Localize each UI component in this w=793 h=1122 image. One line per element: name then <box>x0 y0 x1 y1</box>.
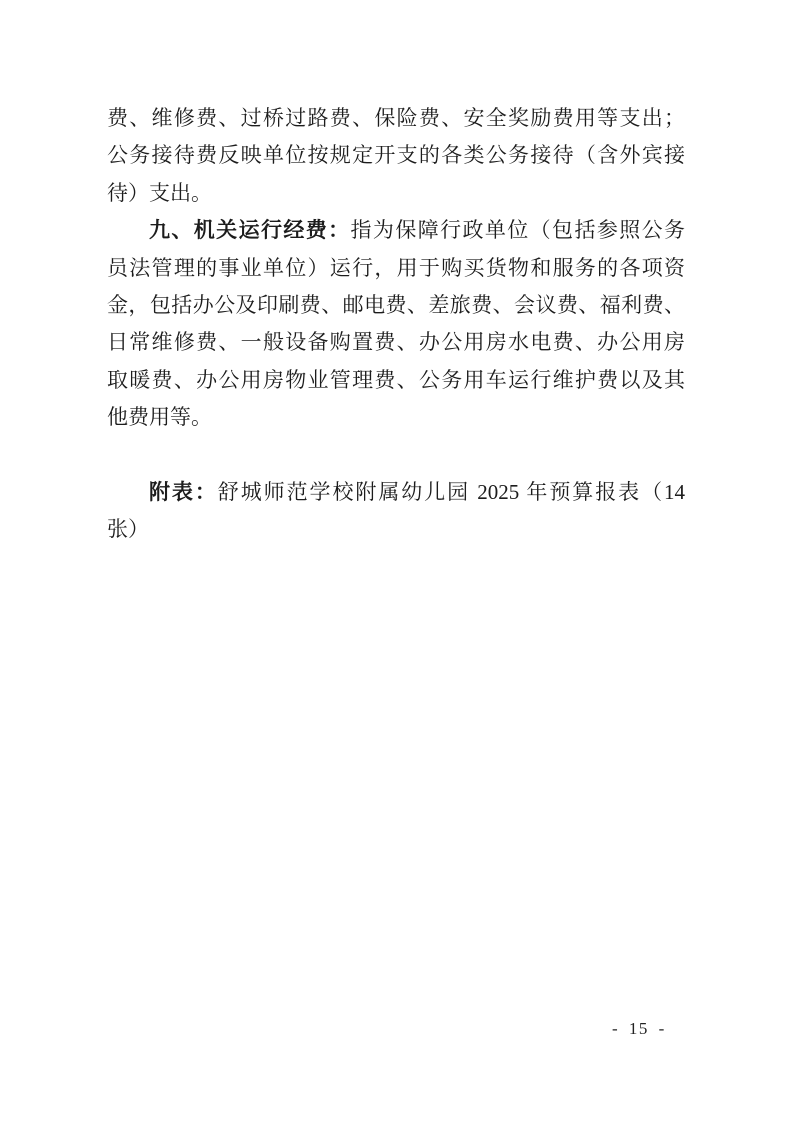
text-line: 公务接待费反映单位按规定开支的各类公务接待（含外宾接 <box>107 137 685 174</box>
text-line: 九、机关运行经费：指为保障行政单位（包括参照公务 <box>107 212 685 249</box>
paragraph-attachment-note: 附表：舒城师范学校附属幼儿园 2025 年预算报表（14 张） <box>107 474 685 549</box>
text-line: 张） <box>107 511 685 548</box>
text-line: 他费用等。 <box>107 399 685 436</box>
text-line: 费、维修费、过桥过路费、保险费、安全奖励费用等支出； <box>107 100 685 137</box>
text-line: 金，包括办公及印刷费、邮电费、差旅费、会议费、福利费、 <box>107 287 685 324</box>
text-segment: 舒城师范学校附属幼儿园 2025 年预算报表（14 <box>218 480 685 504</box>
document-body: 费、维修费、过桥过路费、保险费、安全奖励费用等支出； 公务接待费反映单位按规定开… <box>107 100 685 549</box>
text-line: 待）支出。 <box>107 175 685 212</box>
text-line: 日常维修费、一般设备购置费、办公用房水电费、办公用房 <box>107 324 685 361</box>
page-number: - 15 - <box>612 1019 666 1039</box>
paragraph-agency-operating-expenses: 九、机关运行经费：指为保障行政单位（包括参照公务 员法管理的事业单位）运行，用于… <box>107 212 685 436</box>
paragraph-heading: 九、机关运行经费： <box>149 219 351 242</box>
document-page: 费、维修费、过桥过路费、保险费、安全奖励费用等支出； 公务接待费反映单位按规定开… <box>0 0 793 1122</box>
text-segment: 指为保障行政单位（包括参照公务 <box>351 218 685 242</box>
text-line: 附表：舒城师范学校附属幼儿园 2025 年预算报表（14 <box>107 474 685 511</box>
text-line: 员法管理的事业单位）运行，用于购买货物和服务的各项资 <box>107 250 685 287</box>
paragraph-expense-continuation: 费、维修费、过桥过路费、保险费、安全奖励费用等支出； 公务接待费反映单位按规定开… <box>107 100 685 212</box>
paragraph-heading: 附表： <box>149 481 218 504</box>
text-line: 取暖费、办公用房物业管理费、公务用车运行维护费以及其 <box>107 362 685 399</box>
